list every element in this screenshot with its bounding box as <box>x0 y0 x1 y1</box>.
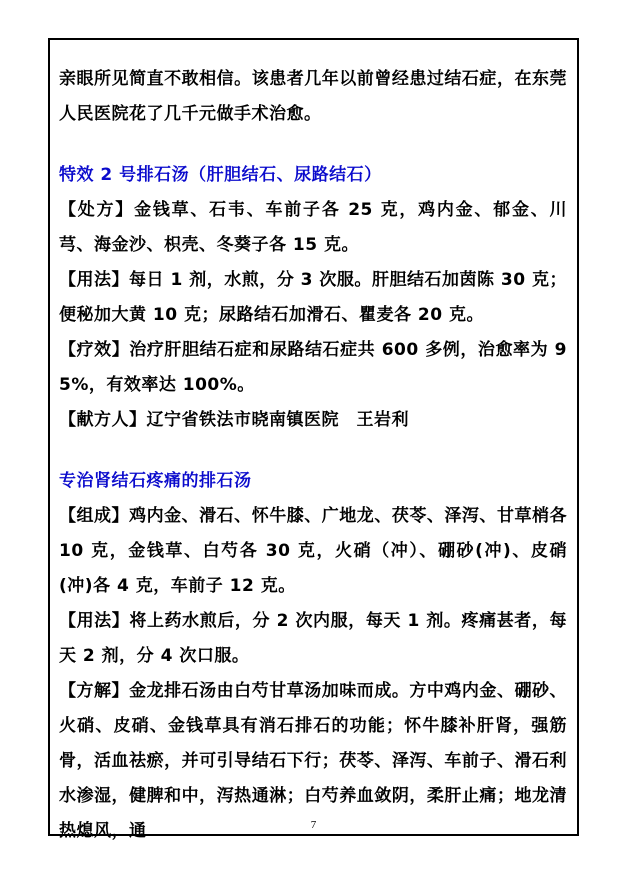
section-heading-shenjieshi-paishitang: 专治肾结石疼痛的排石汤 <box>59 464 567 499</box>
efficacy-paragraph: 【疗效】治疗肝胆结石症和尿路结石症共 600 多例，治愈率为 95%，有效率达 … <box>59 333 567 403</box>
page-number: 7 <box>50 819 577 831</box>
usage-paragraph-2: 【用法】将上药水煎后，分 2 次内服，每天 1 剂。疼痛甚者，每天 2 剂，分 … <box>59 604 567 674</box>
composition-paragraph: 【组成】鸡内金、滑石、怀牛膝、广地龙、茯苓、泽泻、甘草梢各 10 克，金钱草、白… <box>59 499 567 604</box>
section-heading-teixiao-2-paishitang: 特效 2 号排石汤（肝胆结石、尿路结石） <box>59 158 567 193</box>
prescription-paragraph: 【处方】金钱草、石韦、车前子各 25 克，鸡内金、郁金、川芎、海金沙、枳壳、冬葵… <box>59 193 567 263</box>
document-page: 亲眼所见简直不敢相信。该患者几年以前曾经患过结石症，在东莞人民医院花了几千元做手… <box>0 0 627 884</box>
usage-paragraph: 【用法】每日 1 剂，水煎，分 3 次服。肝胆结石加茵陈 30 克；便秘加大黄 … <box>59 263 567 333</box>
contributor-paragraph: 【献方人】辽宁省铁法市晓南镇医院 王岩利 <box>59 403 567 438</box>
page-border-frame: 亲眼所见简直不敢相信。该患者几年以前曾经患过结石症，在东莞人民医院花了几千元做手… <box>48 38 579 836</box>
intro-paragraph: 亲眼所见简直不敢相信。该患者几年以前曾经患过结石症，在东莞人民医院花了几千元做手… <box>59 62 567 132</box>
